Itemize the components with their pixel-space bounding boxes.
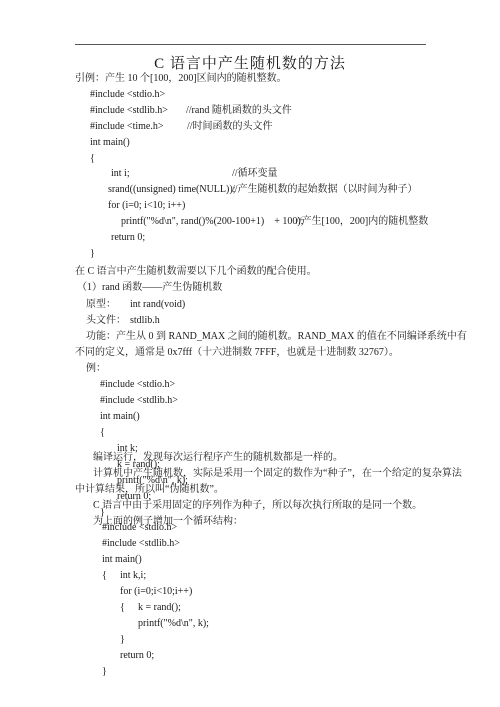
code-line: k = rand(); bbox=[138, 602, 181, 614]
code-comment: //产生随机数的起始数据（以时间为种子） bbox=[232, 184, 418, 196]
header-value: stdlib.h bbox=[130, 315, 160, 327]
code-line: srand((unsigned) time(NULL)); bbox=[108, 184, 235, 196]
code-comment: //产生[100，200]内的随机整数 bbox=[296, 216, 428, 228]
code-comment: //rand 随机函数的头文件 bbox=[186, 105, 292, 117]
code-line: #include <stdio.h> bbox=[100, 379, 175, 391]
code-line: { bbox=[90, 153, 95, 165]
code-line: int i; bbox=[111, 168, 130, 180]
code-line: printf("%d\n", k); bbox=[138, 618, 209, 630]
explanation-p1: 编译运行，发现每次运行程序产生的随机数都是一样的。 bbox=[93, 452, 343, 464]
header-rule bbox=[75, 44, 426, 45]
code-line: for (i=0;i<10;i++) bbox=[120, 586, 192, 598]
code-line: } bbox=[102, 666, 107, 678]
code-line: int k,i; bbox=[120, 570, 146, 582]
code-comment: //时间函数的头文件 bbox=[187, 121, 273, 133]
code-line: { bbox=[102, 570, 107, 582]
explanation-p2-cont: 中计算结果，所以叫“伪随机数”。 bbox=[75, 484, 224, 496]
function-description-cont: 不同的定义，通常是 0x7fff（十六进制数 7FFF，也就是十进制数 3276… bbox=[75, 347, 399, 359]
code-line: } bbox=[120, 634, 125, 646]
page-title: C 语言中产生随机数的方法 bbox=[0, 52, 500, 73]
function-description: 功能：产生从 0 到 RAND_MAX 之间的随机数。RAND_MAX 的值在不… bbox=[86, 331, 467, 343]
code-line: int main() bbox=[100, 411, 140, 423]
header-label: 头文件： bbox=[86, 315, 126, 327]
code-line: return 0; bbox=[111, 232, 145, 244]
code-line: #include <stdio.h> bbox=[102, 522, 177, 534]
code-line: int main() bbox=[90, 137, 130, 149]
explanation-p3: C 语言中由于采用固定的序列作为种子，所以每次执行所取的是同一个数。 bbox=[93, 500, 422, 512]
code-line: #include <stdlib.h> bbox=[90, 105, 168, 117]
intro-text: 引例：产生 10 个[100，200]区间内的随机整数。 bbox=[75, 73, 287, 85]
code-line: #include <stdlib.h> bbox=[100, 395, 178, 407]
code-line: #include <stdio.h> bbox=[90, 89, 165, 101]
code-line: printf("%d\n", rand()%(200-100+1) + 100)… bbox=[121, 216, 303, 228]
code-line: for (i=0; i<10; i++) bbox=[108, 200, 185, 212]
section-heading: （1）rand 函数——产生伪随机数 bbox=[77, 282, 222, 294]
code-line: #include <stdlib.h> bbox=[102, 538, 180, 550]
code-line: #include <time.h> bbox=[90, 121, 164, 133]
prototype-value: int rand(void) bbox=[130, 299, 185, 311]
code-line: { bbox=[120, 602, 125, 614]
prototype-label: 原型： bbox=[86, 299, 116, 311]
code-line: int main() bbox=[102, 554, 142, 566]
code-comment: //循环变量 bbox=[232, 168, 278, 180]
code-line: return 0; bbox=[120, 650, 154, 662]
code-line: { bbox=[100, 427, 105, 439]
code-line: } bbox=[90, 248, 95, 260]
example-label: 例： bbox=[86, 363, 106, 375]
section-intro: 在 C 语言中产生随机数需要以下几个函数的配合使用。 bbox=[75, 266, 317, 278]
explanation-p2: 计算机中产生随机数，实际是采用一个固定的数作为“种子”，在一个给定的复杂算法 bbox=[93, 468, 462, 480]
